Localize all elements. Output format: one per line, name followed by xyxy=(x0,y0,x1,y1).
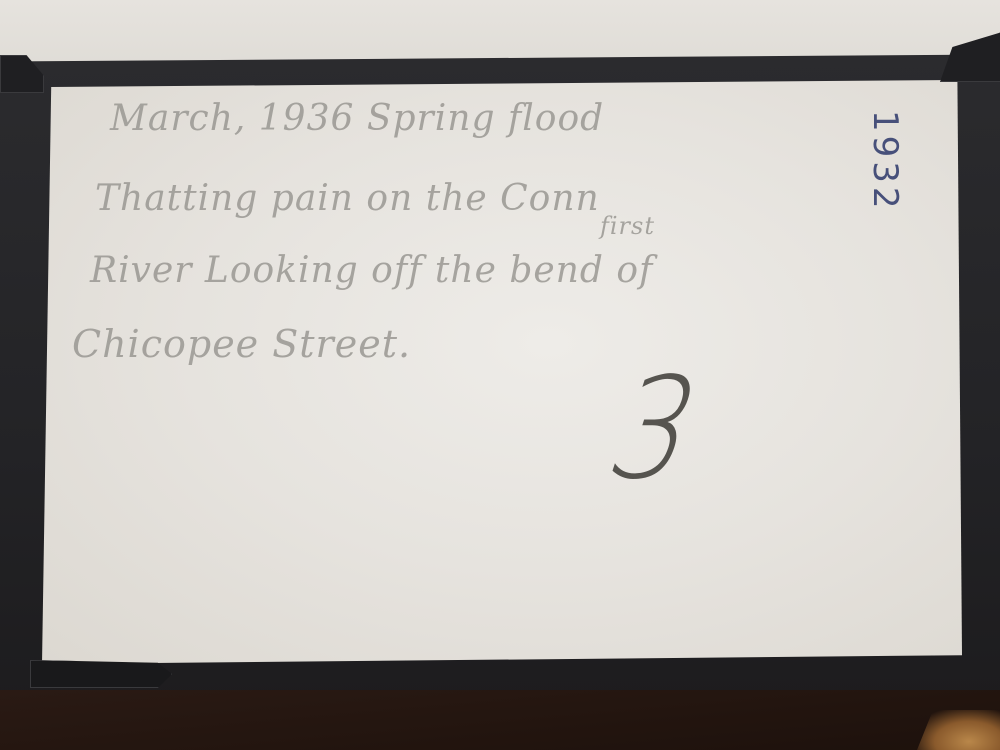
photo-corner-bottom-left xyxy=(30,660,172,688)
handwritten-caption-line-1: March, 1936 Spring flood xyxy=(110,98,604,139)
handwritten-insertion: first xyxy=(600,212,655,240)
photo-back xyxy=(42,80,962,664)
margin-year-blue-ink: 1932 xyxy=(865,110,905,213)
handwritten-caption-line-2: Thatting pain on the Conn xyxy=(95,178,600,219)
handwritten-caption-line-4: Chicopee Street. xyxy=(72,322,411,366)
handwritten-caption-line-3: River Looking off the bend of xyxy=(90,250,653,291)
wooden-table xyxy=(0,690,1000,750)
